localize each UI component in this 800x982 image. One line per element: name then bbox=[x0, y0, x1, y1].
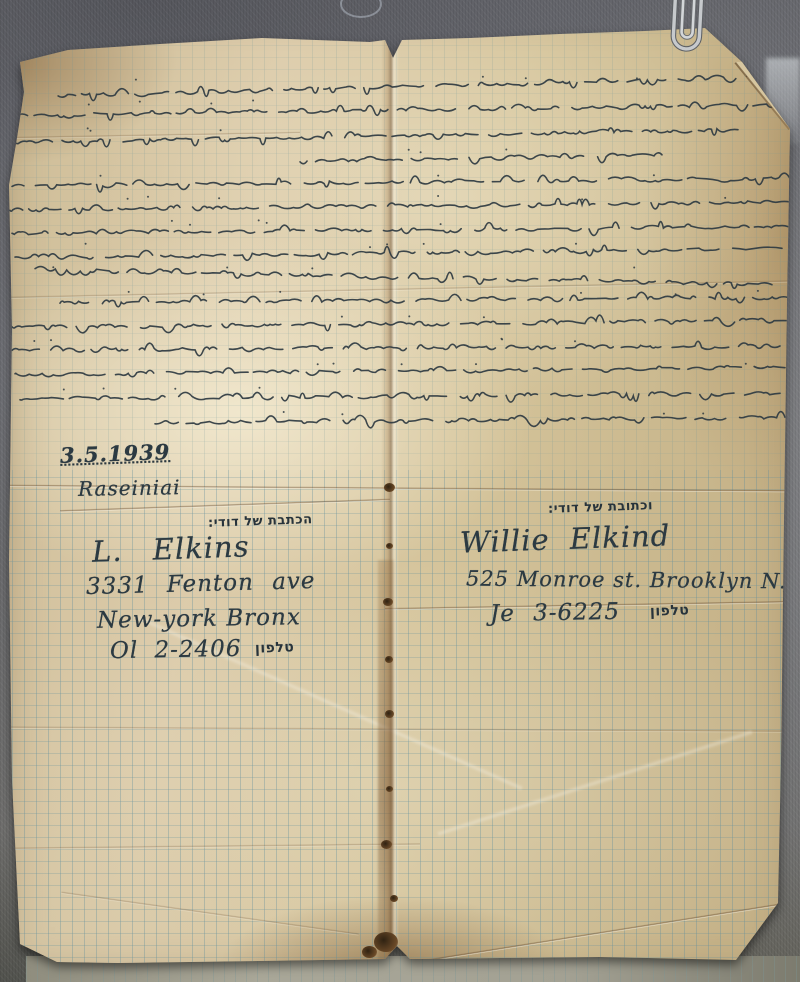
sender-name: L. Elkins bbox=[91, 529, 250, 568]
uncle-phone-label: טלפון bbox=[650, 602, 690, 619]
fabric-background: 3.5.1939 Raseiniai הכתבת של דודי: L. Elk… bbox=[0, 0, 800, 982]
sender-city: New-york Bronx bbox=[97, 604, 301, 634]
letter-date: 3.5.1939 bbox=[60, 439, 171, 468]
uncle-street: 525 Monroe st. Brooklyn N.J. bbox=[466, 567, 800, 594]
uncle-phone: Je 3-6225 bbox=[490, 599, 621, 627]
paperclip-icon bbox=[662, 0, 714, 76]
sender-phone: Ol 2-2406 bbox=[110, 636, 242, 664]
letter-paper-wrap: 3.5.1939 Raseiniai הכתבת של דודי: L. Elk… bbox=[0, 0, 800, 982]
letter-place: Raseiniai bbox=[78, 475, 181, 501]
sender-phone-label: טלפון bbox=[255, 639, 295, 656]
letter-paper: 3.5.1939 Raseiniai הכתבת של דודי: L. Elk… bbox=[0, 0, 800, 982]
